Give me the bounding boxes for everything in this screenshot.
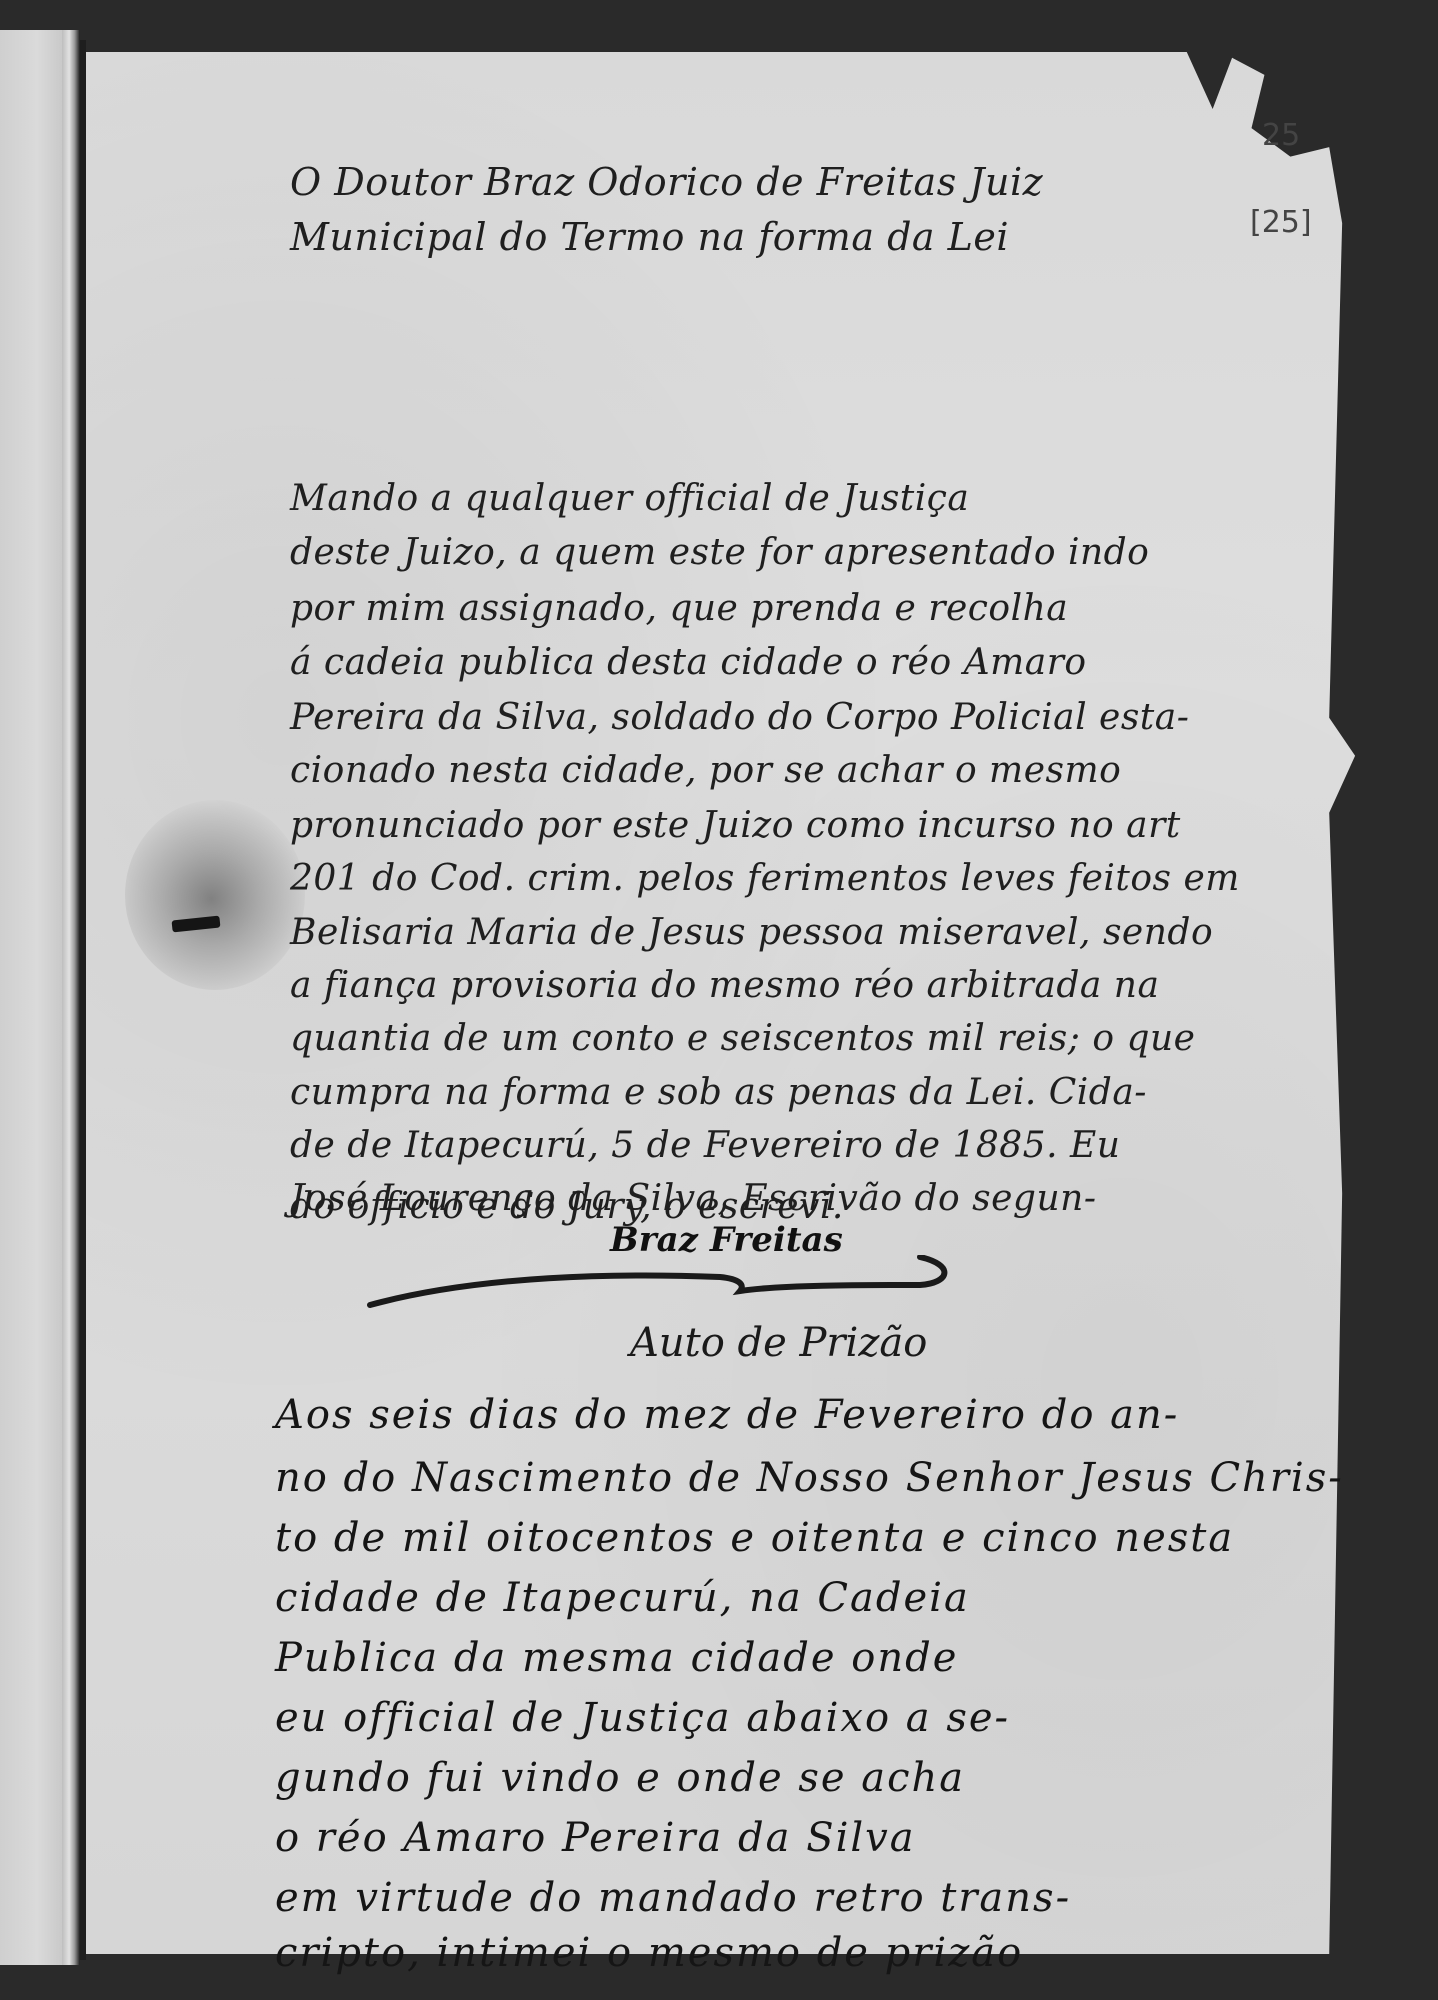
adjacent-page-edge: [0, 30, 62, 1965]
auto-line: cripto, intimei o mesmo de prizão: [275, 1930, 1023, 1976]
header-line-2: Municipal do Termo na forma da Lei: [290, 215, 1009, 259]
auto-line: gundo fui vindo e onde se acha: [275, 1755, 965, 1801]
mandado-line: Pereira da Silva, soldado do Corpo Polic…: [290, 697, 1189, 738]
mandado-line: quantia de um conto e seiscentos mil rei…: [290, 1018, 1196, 1059]
binding-line: [80, 40, 86, 1960]
ink-stain: [125, 800, 305, 990]
mandado-line: pronunciado por este Juizo como incurso …: [290, 805, 1181, 846]
folio-number-pencil: 25: [1262, 118, 1300, 153]
mandado-line: cumpra na forma e sob as penas da Lei. C…: [290, 1072, 1147, 1113]
mandado-line: á cadeia publica desta cidade o réo Amar…: [290, 642, 1087, 683]
signature-flourish: [360, 1255, 960, 1315]
page-fold: [62, 30, 80, 1965]
auto-line: Aos seis dias do mez de Fevereiro do an-: [275, 1392, 1179, 1438]
folio-number-bracketed: [25]: [1250, 205, 1312, 240]
auto-line: no do Nascimento de Nosso Senhor Jesus C…: [275, 1455, 1344, 1501]
auto-line: Publica da mesma cidade onde: [275, 1635, 958, 1681]
auto-line: cidade de Itapecurú, na Cadeia: [275, 1575, 970, 1621]
auto-line: o réo Amaro Pereira da Silva: [275, 1815, 916, 1861]
header-line-1: O Doutor Braz Odorico de Freitas Juiz: [290, 160, 1043, 204]
section-title-auto-de-prisao: Auto de Prizão: [630, 1320, 927, 1366]
judge-signature: Braz Freitas: [610, 1220, 843, 1260]
document-scan: 25 [25] O Doutor Braz Odorico de Freitas…: [0, 0, 1438, 2000]
auto-line: to de mil oitocentos e oitenta e cinco n…: [275, 1515, 1234, 1561]
mandado-line: Belisaria Maria de Jesus pessoa miserave…: [290, 912, 1213, 953]
mandado-line: deste Juizo, a quem este for apresentado…: [290, 532, 1149, 573]
mandado-line: a fiança provisoria do mesmo réo arbitra…: [290, 965, 1159, 1006]
mandado-line: 201 do Cod. crim. pelos ferimentos leves…: [290, 858, 1240, 899]
mandado-line: cionado nesta cidade, por se achar o mes…: [290, 750, 1121, 791]
mandado-line: de de Itapecurú, 5 de Fevereiro de 1885.…: [290, 1125, 1120, 1166]
mandado-line: Mando a qualquer official de Justiça: [290, 478, 969, 519]
auto-line: eu official de Justiça abaixo a se-: [275, 1695, 1010, 1741]
mandado-line: por mim assignado, que prenda e recolha: [290, 588, 1068, 629]
auto-line: em virtude do mandado retro trans-: [275, 1875, 1071, 1921]
